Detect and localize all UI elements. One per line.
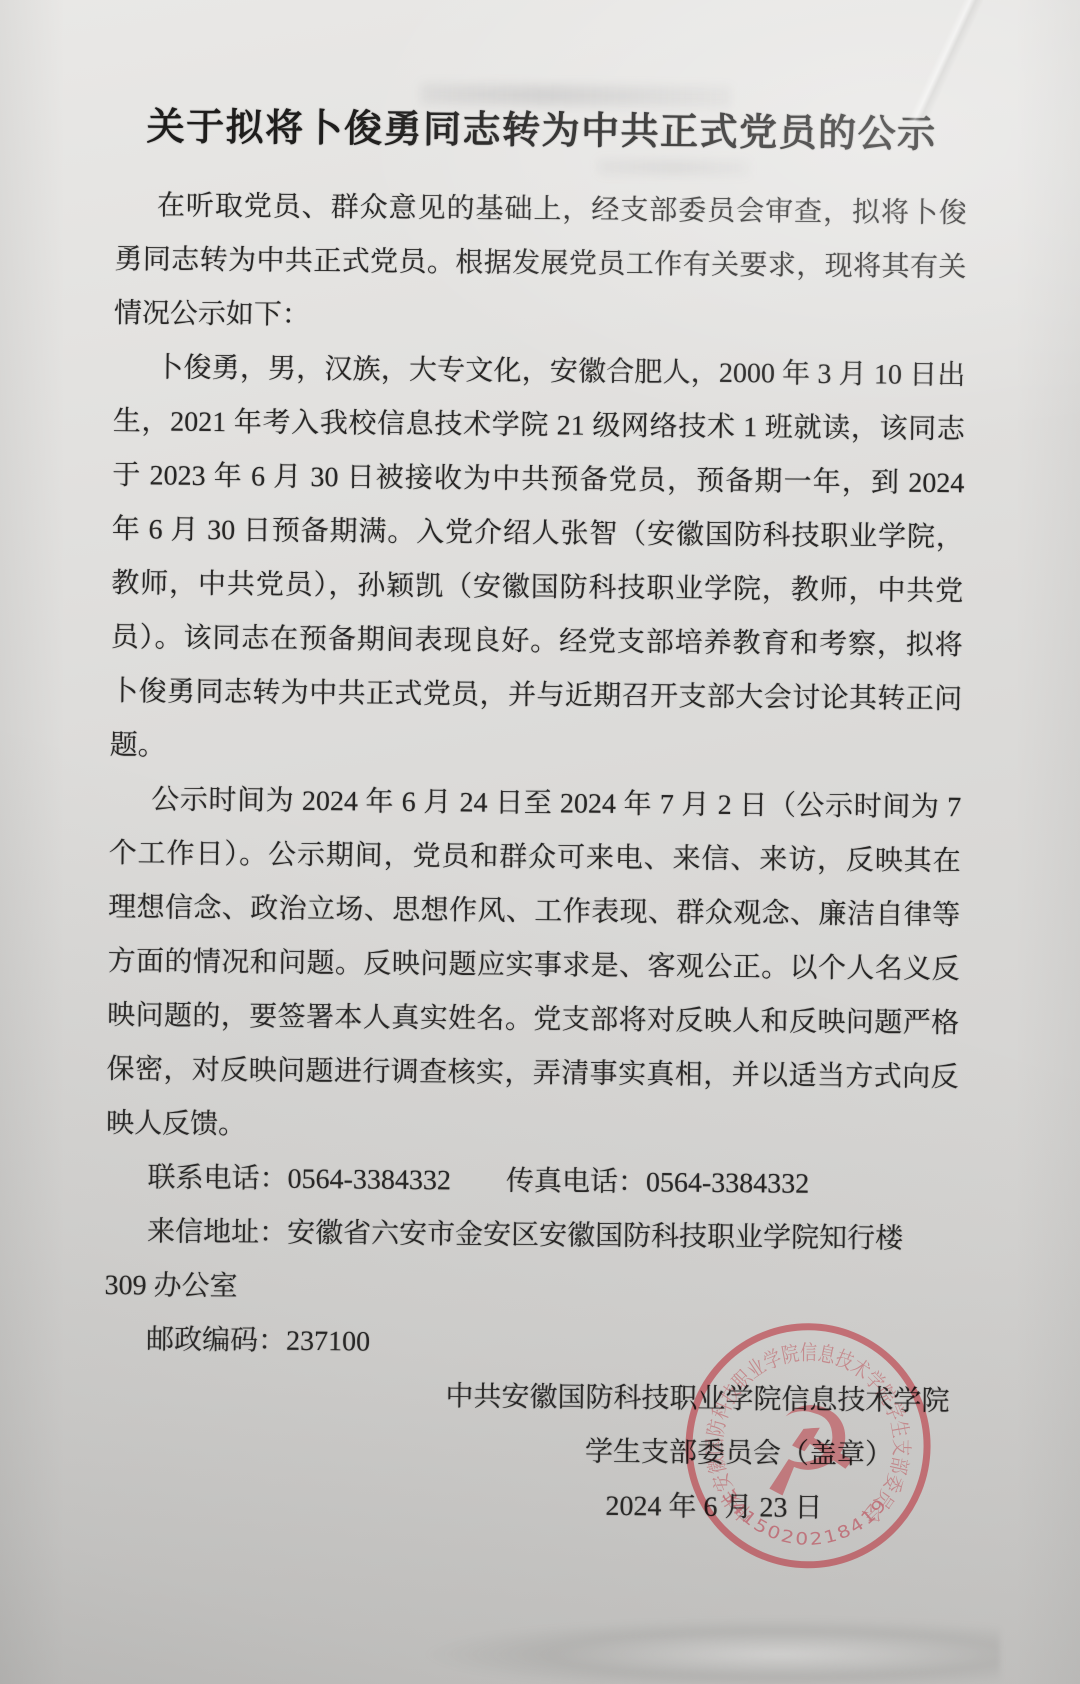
fax-value: 0564-3384332 [646, 1167, 810, 1200]
contact-address-line2: 309 办公室 [104, 1259, 956, 1321]
bleedthrough-smudge [598, 160, 748, 175]
paragraph-member-info: 卜俊勇，男，汉族，大专文化，安徽合肥人，2000 年 3 月 10 日出生，20… [109, 341, 965, 781]
postcode-value: 237100 [286, 1326, 370, 1358]
paragraph-publicity-period: 公示时间为 2024 年 6 月 24 日至 2024 年 7 月 2 日（公示… [106, 773, 962, 1159]
document-body: 在听取党员、群众意见的基础上，经支部委员会审查，拟将卜俊勇同志转为中共正式党员。… [102, 179, 967, 1537]
fax-label: 传真电话： [506, 1166, 646, 1198]
postcode-label: 邮政编码： [146, 1324, 286, 1356]
paragraph-intro: 在听取党员、群众意见的基础上，经支部委员会审查，拟将卜俊勇同志转为中共正式党员。… [114, 179, 968, 349]
contact-postcode-line: 邮政编码：237100 [104, 1313, 956, 1375]
contact-address-line: 来信地址：安徽省六安市金安区安徽国防科技职业学院知行楼 [105, 1205, 957, 1267]
document-photo: 关于拟将卜俊勇同志转为中共正式党员的公示 在听取党员、群众意见的基础上，经支部委… [0, 0, 1080, 1684]
document-content: 关于拟将卜俊勇同志转为中共正式党员的公示 在听取党员、群众意见的基础上，经支部委… [0, 0, 1080, 1684]
phone-value: 0564-3384332 [287, 1164, 451, 1197]
address-value: 安徽省六安市金安区安徽国防科技职业学院知行楼 [287, 1218, 903, 1255]
contact-phone-line: 联系电话：0564-3384332传真电话：0564-3384332 [105, 1151, 957, 1213]
address-label: 来信地址： [147, 1216, 287, 1248]
signature-date: 2024 年 6 月 23 日 [102, 1475, 954, 1537]
page-title: 关于拟将卜俊勇同志转为中共正式党员的公示 [115, 95, 967, 158]
signature-org-line1: 中共安徽国防科技职业学院信息技术学院 [103, 1367, 955, 1429]
spacer [451, 1189, 506, 1190]
phone-label: 联系电话： [147, 1162, 287, 1194]
signature-org-line2: 学生支部委员会（盖章） [103, 1421, 955, 1483]
